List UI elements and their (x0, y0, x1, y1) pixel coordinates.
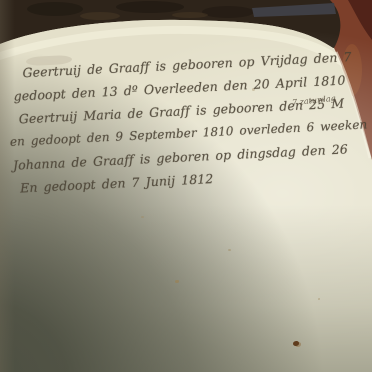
foxing-spot (175, 280, 179, 283)
foxing-spot (141, 216, 144, 218)
foxing-spot (228, 249, 231, 251)
handwritten-entries: Geertruij de Graaff is gebooren op Vrijd… (6, 44, 372, 200)
ink-stain-spot (293, 341, 299, 346)
foxing-spot (318, 298, 320, 300)
manuscript-photo: Geertruij de Graaff is gebooren op Vrijd… (0, 0, 372, 372)
